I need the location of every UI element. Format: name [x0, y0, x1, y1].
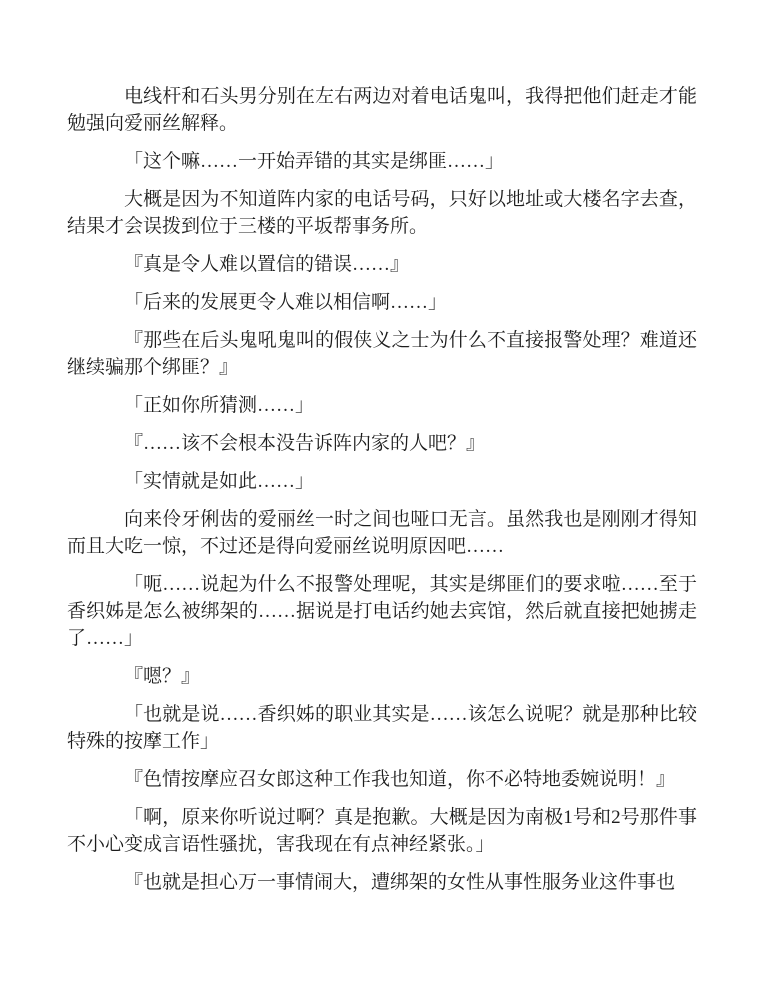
paragraph-dialogue: 「实情就是如此……」	[67, 468, 697, 495]
paragraph-dialogue: 「后来的发展更令人难以相信啊……」	[67, 289, 697, 316]
paragraph-dialogue: 『嗯？』	[67, 663, 697, 690]
paragraph-dialogue: 「啊，原来你听说过啊？真是抱歉。大概是因为南极1号和2号那件事不小心变成言语性骚…	[67, 804, 697, 858]
novel-page: 电线杆和石头男分别在左右两边对着电话鬼叫，我得把他们赶走才能勉强向爱丽丝解释。 …	[0, 0, 765, 990]
paragraph-dialogue: 『也就是担心万一事情闹大，遭绑架的女性从事性服务业这件事也	[67, 869, 697, 896]
paragraph-dialogue: 「这个嘛……一开始弄错的其实是绑匪……」	[67, 148, 697, 175]
paragraph-dialogue: 「也就是说……香织姊的职业其实是……该怎么说呢？就是那种比较特殊的按摩工作」	[67, 701, 697, 755]
paragraph-dialogue: 『那些在后头鬼吼鬼叫的假侠义之士为什么不直接报警处理？难道还继续骗那个绑匪？』	[67, 327, 697, 381]
paragraph: 电线杆和石头男分别在左右两边对着电话鬼叫，我得把他们赶走才能勉强向爱丽丝解释。	[67, 83, 697, 137]
paragraph-dialogue: 「呃……说起为什么不报警处理呢，其实是绑匪们的要求啦……至于香织姊是怎么被绑架的…	[67, 571, 697, 652]
paragraph: 向来伶牙俐齿的爱丽丝一时之间也哑口无言。虽然我也是刚刚才得知而且大吃一惊，不过还…	[67, 506, 697, 560]
paragraph-dialogue: 『真是令人难以置信的错误……』	[67, 251, 697, 278]
paragraph-dialogue: 『……该不会根本没告诉阵内家的人吧？』	[67, 430, 697, 457]
paragraph-dialogue: 「正如你所猜测……」	[67, 392, 697, 419]
paragraph-dialogue: 『色情按摩应召女郎这种工作我也知道，你不必特地委婉说明！』	[67, 766, 697, 793]
paragraph: 大概是因为不知道阵内家的电话号码，只好以地址或大楼名字去查，结果才会误拨到位于三…	[67, 186, 697, 240]
